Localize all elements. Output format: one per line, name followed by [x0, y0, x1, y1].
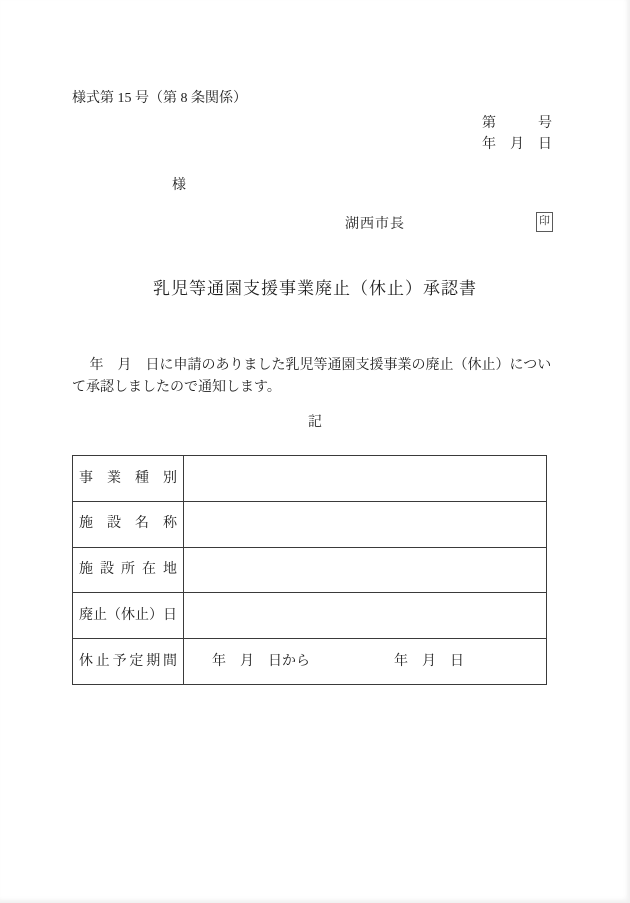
seal-mark-text: 印	[539, 215, 550, 229]
document-title: 乳児等通園支援事業廃止（休止）承認書	[0, 278, 630, 299]
body-text-line-2: て承認しましたので通知します。	[72, 379, 281, 397]
section-marker-ki: 記	[0, 414, 630, 432]
row-label-abolition-date: 廃止（休止）日	[73, 593, 184, 638]
body-text-line-1: 年 月 日に申請のありました乳児等通園支援事業の廃止（休止）につい	[72, 357, 551, 375]
form-number: 様式第 15 号（第 8 条関係）	[72, 90, 247, 108]
addressee-suffix: 様	[172, 177, 186, 195]
table-row-facility-name: 施設名称	[73, 501, 546, 547]
row-label-facility-address: 施設所在地	[73, 548, 184, 593]
table-row-suspension-period: 休止予定期間 年 月 日から 年 月 日	[73, 638, 546, 684]
row-value-facility-name	[184, 502, 546, 547]
seal-stamp: 印	[536, 212, 553, 232]
document-page: 様式第 15 号（第 8 条関係） 第 号 年 月 日 様 湖西市長 印 乳児等…	[0, 0, 630, 903]
approval-details-table: 事業種別 施設名称 施設所在地 廃止（休止）日 休止予定期間	[72, 455, 547, 685]
table-row-business-type: 事業種別	[73, 456, 546, 501]
row-value-facility-address	[184, 548, 546, 593]
document-number-line: 第 号	[482, 115, 552, 133]
issue-date-line: 年 月 日	[482, 136, 552, 154]
row-value-abolition-date	[184, 593, 546, 638]
row-label-business-type: 事業種別	[73, 456, 184, 501]
row-label-facility-name: 施設名称	[73, 502, 184, 547]
row-value-suspension-period: 年 月 日から 年 月 日	[184, 639, 546, 684]
table-row-abolition-date: 廃止（休止）日	[73, 592, 546, 638]
sender-title: 湖西市長	[345, 216, 405, 234]
table-row-facility-address: 施設所在地	[73, 547, 546, 593]
row-label-suspension-period: 休止予定期間	[73, 639, 184, 684]
row-value-business-type	[184, 456, 546, 501]
